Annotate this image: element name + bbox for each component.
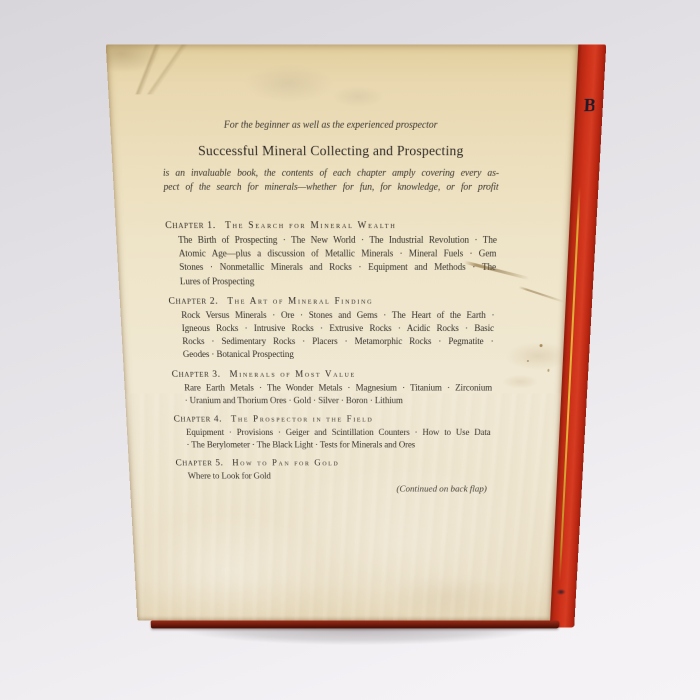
book: B For the beginner as well as the experi… — [106, 45, 606, 631]
jacket-stain-speck — [527, 360, 529, 362]
photo-scene: B For the beginner as well as the experi… — [0, 0, 700, 700]
chapter-line: · Uranium and Thorium Ores · Gold · Silv… — [184, 394, 491, 407]
jacket-stain-speck — [547, 369, 549, 372]
chapter-number: Chapter 5. — [175, 459, 223, 468]
chapter-topics: Where to Look for Gold — [188, 470, 490, 482]
chapter-number: Chapter 2. — [168, 296, 218, 306]
spine-partial-letter-glyph: B — [583, 94, 595, 115]
chapter-line: Atomic Age—plus a discussion of Metallic… — [178, 247, 496, 261]
chapter-heading: Chapter 2.The Art of Mineral Finding — [168, 294, 495, 308]
chapter-line: · The Berylometer · The Black Light · Te… — [186, 439, 490, 452]
chapter-heading: Chapter 4.The Prospector in the Field — [173, 413, 491, 426]
chapter-topics: Equipment · Provisions · Geiger and Scin… — [186, 426, 491, 451]
book-board-bottom-edge — [151, 621, 560, 629]
chapter-heading: Chapter 3.Minerals of Most Value — [171, 368, 492, 382]
chapter-topics: Rare Earth Metals · The Wonder Metals · … — [184, 381, 492, 407]
tagline: For the beginner as well as the experien… — [161, 119, 501, 132]
chapter-title: Minerals of Most Value — [229, 369, 356, 379]
lede-line: is an invaluable book, the contents of e… — [163, 167, 500, 181]
chapter-title: The Prospector in the Field — [231, 414, 374, 424]
chapter-line: Where to Look for Gold — [188, 470, 490, 482]
jacket-stain-speck — [539, 344, 542, 347]
chapter-topics: Rock Versus Minerals · Ore · Stones and … — [181, 309, 495, 362]
spine-partial-letter: B — [583, 94, 595, 117]
chapter-title: The Art of Mineral Finding — [227, 295, 373, 305]
chapter-line: The Birth of Prospecting · The New World… — [178, 233, 497, 247]
chapter-entry: Chapter 4.The Prospector in the Field Eq… — [173, 413, 491, 452]
chapter-title: The Search for Mineral Wealth — [225, 220, 397, 231]
chapter-title: How to Pan for Gold — [232, 458, 339, 467]
chapter-heading: Chapter 1.The Search for Mineral Wealth — [165, 219, 498, 234]
jacket-flap-text: For the beginner as well as the experien… — [161, 119, 501, 501]
chapter-line: Rock Versus Minerals · Ore · Stones and … — [181, 309, 495, 322]
chapter-list: Chapter 1.The Search for Mineral Wealth … — [165, 219, 498, 495]
chapter-topics: The Birth of Prospecting · The New World… — [178, 233, 497, 288]
spine-bottom-mark — [556, 589, 566, 595]
jacket-corner-crease — [106, 45, 206, 95]
chapter-line: Lures of Prospecting — [180, 275, 496, 289]
chapter-number: Chapter 3. — [172, 370, 221, 380]
chapter-entry: Chapter 1.The Search for Mineral Wealth … — [165, 219, 498, 289]
chapter-line: Geodes · Botanical Prospecting — [183, 348, 494, 361]
chapter-number: Chapter 4. — [173, 415, 222, 425]
chapter-line: Rocks · Sedimentary Rocks · Placers · Me… — [182, 335, 494, 348]
chapter-entry: Chapter 5.How to Pan for Gold Where to L… — [175, 457, 489, 495]
chapter-line: Igneous Rocks · Intrusive Rocks · Extrus… — [182, 322, 495, 335]
chapter-entry: Chapter 3.Minerals of Most Value Rare Ea… — [171, 368, 492, 408]
book-title: Successful Mineral Collecting and Prospe… — [162, 142, 500, 158]
chapter-line: Stones · Nonmetallic Minerals and Rocks … — [179, 261, 496, 275]
lede-line: pect of the search for minerals—whether … — [163, 181, 498, 195]
continuation-note: (Continued on back flap) — [176, 484, 488, 495]
chapter-heading: Chapter 5.How to Pan for Gold — [175, 457, 489, 470]
chapter-line: Equipment · Provisions · Geiger and Scin… — [186, 426, 491, 439]
chapter-line: Rare Earth Metals · The Wonder Metals · … — [184, 381, 492, 394]
lede-paragraph: is an invaluable book, the contents of e… — [163, 167, 500, 195]
jacket-scratch-stain — [519, 286, 565, 303]
chapter-number: Chapter 1. — [165, 221, 216, 232]
dust-jacket-back: For the beginner as well as the experien… — [106, 45, 579, 621]
chapter-entry: Chapter 2.The Art of Mineral Finding Roc… — [168, 294, 495, 361]
